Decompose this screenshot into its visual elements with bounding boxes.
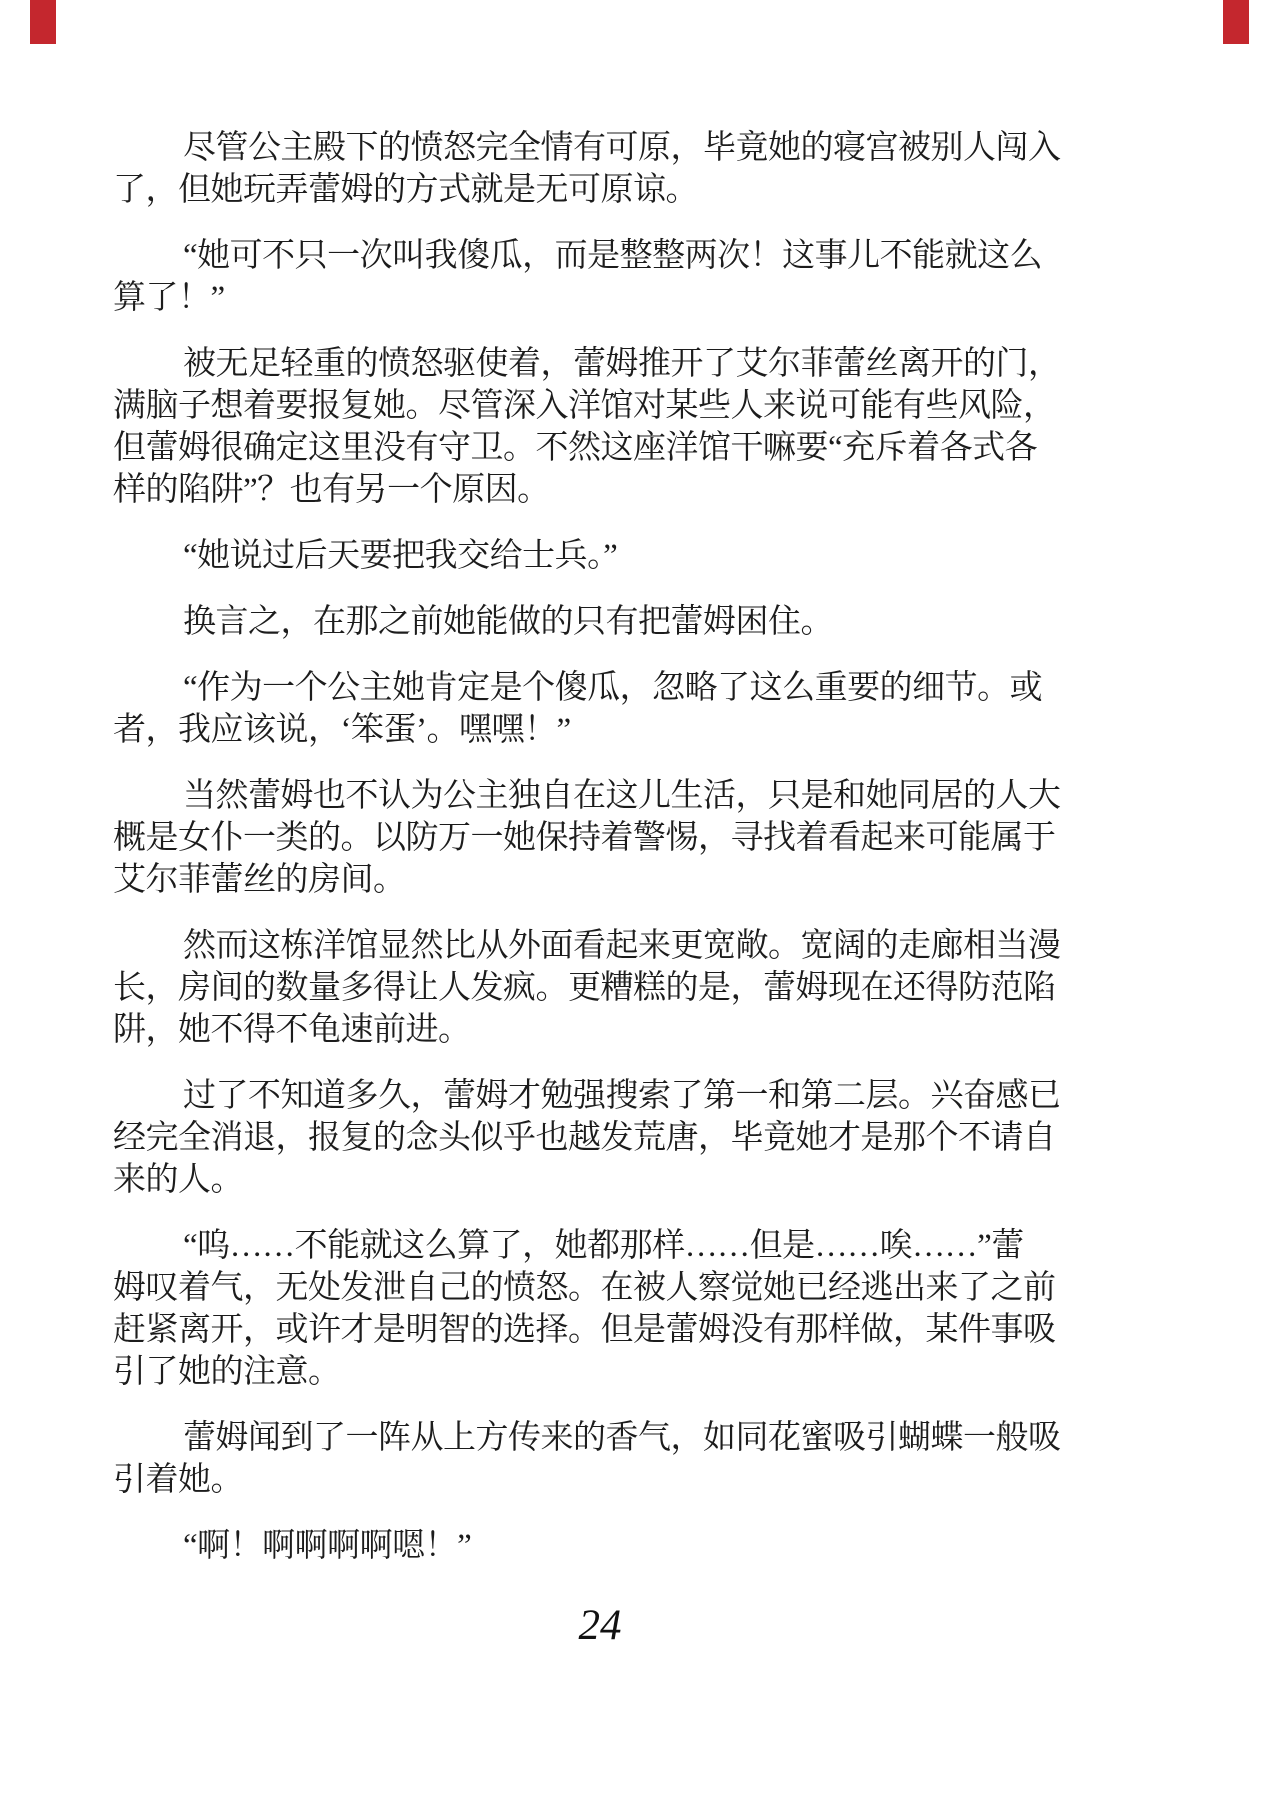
red-crop-mark-left	[30, 0, 56, 44]
paragraph: “呜……不能就这么算了，她都那样……但是……唉……”蕾 姆叹着气，无处发泄自己的…	[113, 1225, 1070, 1393]
paragraph: “作为一个公主她肯定是个傻瓜，忽略了这么重要的细节。或 者，我应该说，‘笨蛋’。…	[113, 667, 1070, 751]
text-line: 了，但她玩弄蕾姆的方式就是无可原谅。	[113, 169, 1070, 211]
paragraph: 当然蕾姆也不认为公主独自在这儿生活，只是和她同居的人大 概是女仆一类的。以防万一…	[113, 775, 1070, 901]
text-line: 引了她的注意。	[113, 1351, 1070, 1393]
paragraph: “啊！啊啊啊啊嗯！”	[113, 1525, 1070, 1567]
text-line: 换言之，在那之前她能做的只有把蕾姆困住。	[113, 601, 1070, 643]
text-line: 概是女仆一类的。以防万一她保持着警惕，寻找着看起来可能属于	[113, 817, 1070, 859]
text-line: 姆叹着气，无处发泄自己的愤怒。在被人察觉她已经逃出来了之前	[113, 1267, 1070, 1309]
text-line: 样的陷阱”？也有另一个原因。	[113, 469, 1070, 511]
body-text: 尽管公主殿下的愤怒完全情有可原，毕竟她的寝宫被别人闯入 了，但她玩弄蕾姆的方式就…	[113, 127, 1070, 1591]
text-line: 算了！”	[113, 277, 1070, 319]
text-line: 引着她。	[113, 1459, 1070, 1501]
text-line: 被无足轻重的愤怒驱使着，蕾姆推开了艾尔菲蕾丝离开的门，	[113, 343, 1070, 385]
text-line: 满脑子想着要报复她。尽管深入洋馆对某些人来说可能有些风险，	[113, 385, 1070, 427]
paragraph: “她可不只一次叫我傻瓜，而是整整两次！这事儿不能就这么 算了！”	[113, 235, 1070, 319]
text-line: 蕾姆闻到了一阵从上方传来的香气，如同花蜜吸引蝴蝶一般吸	[113, 1417, 1070, 1459]
text-line: 尽管公主殿下的愤怒完全情有可原，毕竟她的寝宫被别人闯入	[113, 127, 1070, 169]
text-line: “她说过后天要把我交给士兵。”	[113, 535, 1070, 577]
text-line: “作为一个公主她肯定是个傻瓜，忽略了这么重要的细节。或	[113, 667, 1070, 709]
text-line: “呜……不能就这么算了，她都那样……但是……唉……”蕾	[113, 1225, 1070, 1267]
text-line: “啊！啊啊啊啊嗯！”	[113, 1525, 1070, 1567]
paragraph: 然而这栋洋馆显然比从外面看起来更宽敞。宽阔的走廊相当漫 长，房间的数量多得让人发…	[113, 925, 1070, 1051]
paragraph: 蕾姆闻到了一阵从上方传来的香气，如同花蜜吸引蝴蝶一般吸 引着她。	[113, 1417, 1070, 1501]
text-line: 阱，她不得不龟速前进。	[113, 1009, 1070, 1051]
text-line: 长，房间的数量多得让人发疯。更糟糕的是，蕾姆现在还得防范陷	[113, 967, 1070, 1009]
text-line: 过了不知道多久，蕾姆才勉强搜索了第一和第二层。兴奋感已	[113, 1075, 1070, 1117]
text-line: “她可不只一次叫我傻瓜，而是整整两次！这事儿不能就这么	[113, 235, 1070, 277]
paragraph: 尽管公主殿下的愤怒完全情有可原，毕竟她的寝宫被别人闯入 了，但她玩弄蕾姆的方式就…	[113, 127, 1070, 211]
text-line: 艾尔菲蕾丝的房间。	[113, 859, 1070, 901]
text-line: 经完全消退，报复的念头似乎也越发荒唐，毕竟她才是那个不请自	[113, 1117, 1070, 1159]
paragraph: 过了不知道多久，蕾姆才勉强搜索了第一和第二层。兴奋感已 经完全消退，报复的念头似…	[113, 1075, 1070, 1201]
paragraph: 换言之，在那之前她能做的只有把蕾姆困住。	[113, 601, 1070, 643]
paragraph: “她说过后天要把我交给士兵。”	[113, 535, 1070, 577]
page-number: 24	[540, 1603, 660, 1649]
text-line: 来的人。	[113, 1159, 1070, 1201]
text-line: 但蕾姆很确定这里没有守卫。不然这座洋馆干嘛要“充斥着各式各	[113, 427, 1070, 469]
red-crop-mark-right	[1223, 0, 1249, 44]
text-line: 当然蕾姆也不认为公主独自在这儿生活，只是和她同居的人大	[113, 775, 1070, 817]
text-line: 然而这栋洋馆显然比从外面看起来更宽敞。宽阔的走廊相当漫	[113, 925, 1070, 967]
paragraph: 被无足轻重的愤怒驱使着，蕾姆推开了艾尔菲蕾丝离开的门， 满脑子想着要报复她。尽管…	[113, 343, 1070, 511]
text-line: 赶紧离开，或许才是明智的选择。但是蕾姆没有那样做，某件事吸	[113, 1309, 1070, 1351]
text-line: 者，我应该说，‘笨蛋’。嘿嘿！”	[113, 709, 1070, 751]
